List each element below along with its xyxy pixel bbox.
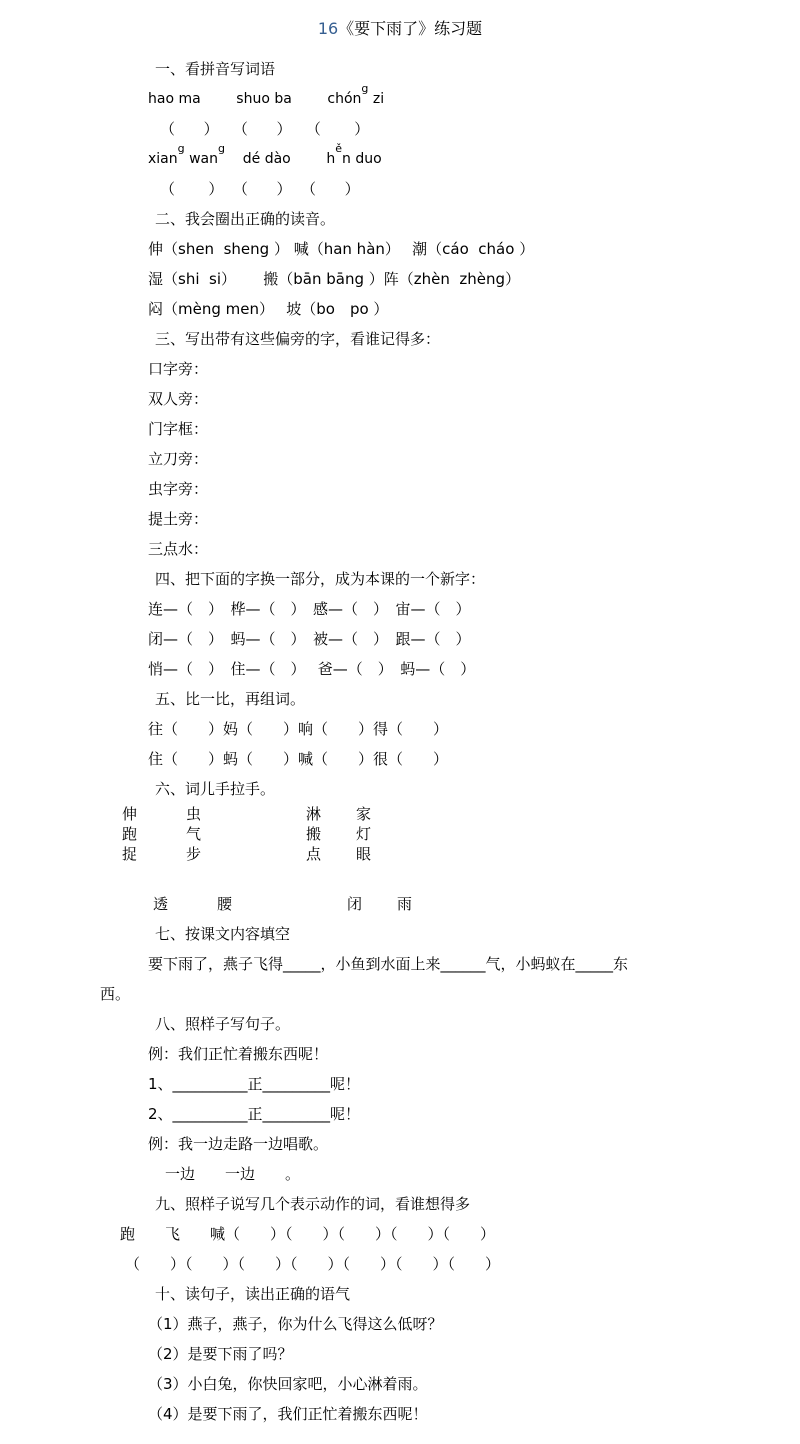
fill-in-line-2: 西。 [100, 979, 760, 1009]
match-word: 搬 [306, 824, 356, 844]
sentence-blank-3: 一边 一边 。 [165, 1159, 760, 1189]
match-word: 淋 [306, 804, 356, 824]
match-word: 步 [186, 844, 306, 864]
radical-line: 双人旁： [148, 384, 760, 414]
radical-line: 门字框： [148, 414, 760, 444]
read-sentence: （4）是要下雨了，我们正忙着搬东西呢！ [148, 1399, 760, 1429]
match-word: 跑 [122, 824, 186, 844]
answer-blanks-row-2: （ ） （ ） （ ） [160, 174, 760, 204]
radical-line: 口字旁： [148, 354, 760, 384]
char-swap-row: 连—（ ） 桦—（ ） 感—（ ） 宙—（ ） [148, 594, 760, 624]
radical-line: 虫字旁： [148, 474, 760, 504]
match-row-2: 透腰闭雨 [153, 889, 760, 919]
example-sentence-1: 例：我们正忙着搬东西呢！ [148, 1039, 760, 1069]
match-row: 伸虫淋家 [122, 804, 760, 824]
sentence-blank-1: 1、__________正_________呢！ [148, 1069, 760, 1099]
section8-heading: 八、照样子写句子。 [155, 1009, 760, 1039]
title-text: 《要下雨了》练习题 [338, 19, 482, 38]
match-word: 透 [153, 889, 217, 919]
match-word: 捉 [122, 844, 186, 864]
match-word: 眼 [356, 844, 760, 864]
read-sentence: （3）小白兔，你快回家吧，小心淋着雨。 [148, 1369, 760, 1399]
pinyin-text: hao ma shuo ba chón [148, 91, 361, 107]
radical-line: 三点水： [148, 534, 760, 564]
match-word: 伸 [122, 804, 186, 824]
section2-heading: 二、我会圈出正确的读音。 [155, 204, 760, 234]
pinyin-superscript: ě [335, 142, 342, 155]
match-word: 虫 [186, 804, 306, 824]
section7-heading: 七、按课文内容填空 [155, 919, 760, 949]
pinyin-text: n duo [342, 151, 382, 167]
read-sentence: （1）燕子，燕子，你为什么飞得这么低呀？ [148, 1309, 760, 1339]
section10-heading: 十、读句子，读出正确的语气 [155, 1279, 760, 1309]
pinyin-row-1: hao ma shuo ba chóng zi [148, 84, 760, 114]
section1-heading: 一、看拼音写词语 [155, 54, 760, 84]
match-word: 家 [356, 804, 760, 824]
pronunciation-row: 伸（shen sheng ） 喊（han hàn） 潮（cáo cháo ） [148, 234, 760, 264]
title-lesson-number: 16 [318, 19, 338, 38]
match-row: 捉步点眼 [122, 844, 760, 864]
example-sentence-2: 例：我一边走路一边唱歌。 [148, 1129, 760, 1159]
match-word: 雨 [397, 889, 760, 919]
match-word: 闭 [347, 889, 397, 919]
pinyin-text: zi [368, 91, 384, 107]
pinyin-row-2: xiang wang dé dào hěn duo [148, 144, 760, 174]
section6-heading: 六、词儿手拉手。 [155, 774, 760, 804]
match-word: 点 [306, 844, 356, 864]
action-words-row-2: （ ）（ ）（ ）（ ）（ ）（ ）（ ） [125, 1249, 760, 1279]
match-row: 跑气搬灯 [122, 824, 760, 844]
section5-heading: 五、比一比，再组词。 [155, 684, 760, 714]
match-word: 气 [186, 824, 306, 844]
pinyin-text: xian [148, 151, 178, 167]
match-word: 灯 [356, 824, 760, 844]
fill-in-line-1: 要下雨了，燕子飞得_____，小鱼到水面上来______气，小蚂蚁在_____东 [148, 949, 760, 979]
section9-heading: 九、照样子说写几个表示动作的词，看谁想得多 [155, 1189, 760, 1219]
radical-line: 提土旁： [148, 504, 760, 534]
section3-heading: 三、写出带有这些偏旁的字，看谁记得多： [155, 324, 760, 354]
read-sentence: （2）是要下雨了吗？ [148, 1339, 760, 1369]
match-word: 腰 [217, 889, 347, 919]
worksheet-page: 16《要下雨了》练习题 一、看拼音写词语 hao ma shuo ba chón… [0, 0, 800, 1429]
pinyin-superscript: g [361, 82, 368, 95]
action-words-row-1: 跑 飞 喊（ ）（ ）（ ）（ ）（ ） [120, 1219, 760, 1249]
page-title: 16《要下雨了》练习题 [0, 14, 800, 44]
pinyin-text: dé dào h [225, 151, 335, 167]
radical-line: 立刀旁： [148, 444, 760, 474]
pronunciation-row: 闷（mèng men） 坡（bo po ） [148, 294, 760, 324]
char-swap-row: 悄—（ ） 住—（ ） 爸—（ ） 蚂—（ ） [148, 654, 760, 684]
compare-word-row: 往（ ）妈（ ）响（ ）得（ ） [148, 714, 760, 744]
pinyin-superscript: g [218, 142, 225, 155]
compare-word-row: 住（ ）蚂（ ）喊（ ）很（ ） [148, 744, 760, 774]
pinyin-text: wan [185, 151, 218, 167]
pinyin-superscript: g [178, 142, 185, 155]
answer-blanks-row-1: （ ） （ ） （ ） [160, 114, 760, 144]
char-swap-row: 闭—（ ） 蚂—（ ） 被—（ ） 跟—（ ） [148, 624, 760, 654]
section4-heading: 四、把下面的字换一部分，成为本课的一个新字： [155, 564, 760, 594]
sentence-blank-2: 2、__________正_________呢！ [148, 1099, 760, 1129]
pronunciation-row: 湿（shi si） 搬（bān bāng ）阵（zhèn zhèng） [148, 264, 760, 294]
